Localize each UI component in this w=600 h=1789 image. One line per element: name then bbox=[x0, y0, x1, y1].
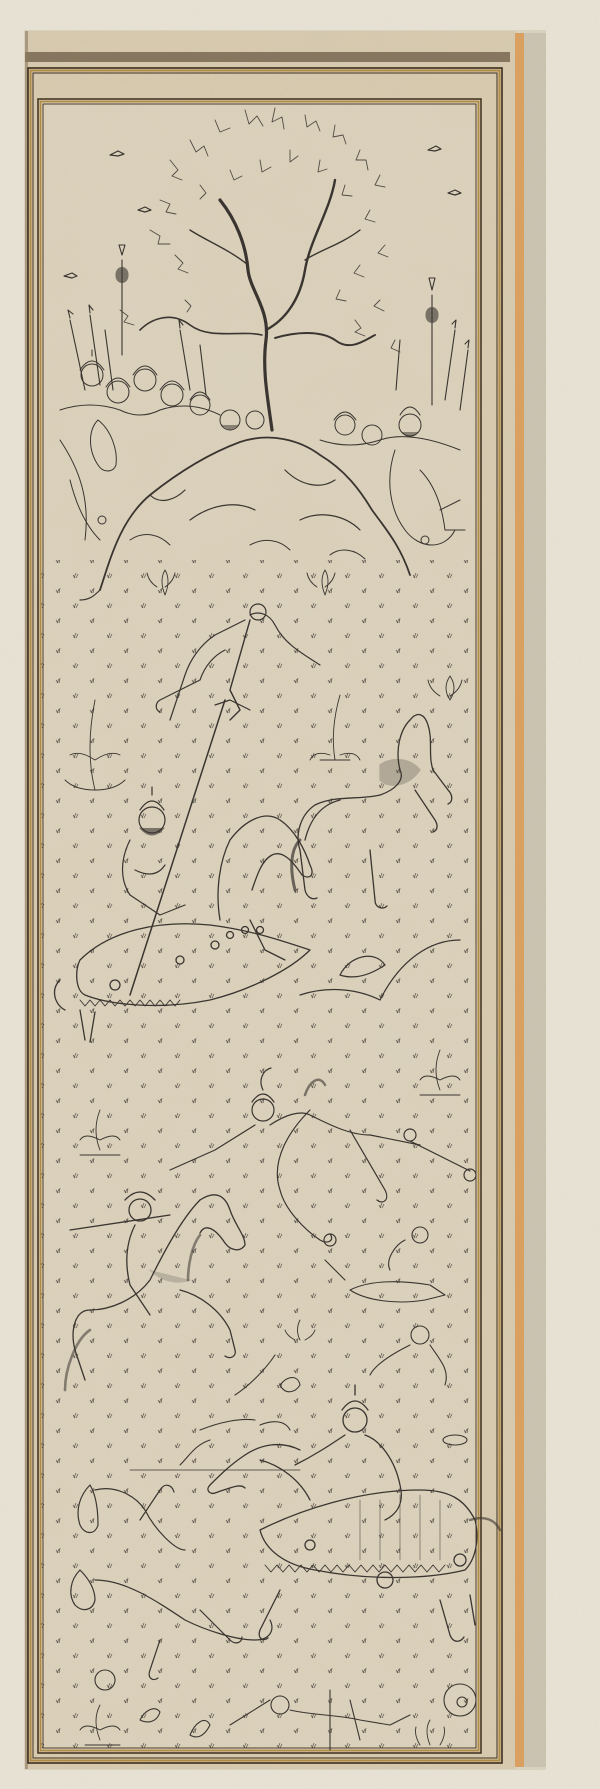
orange-margin-strip bbox=[514, 33, 524, 1767]
artwork-image: Battle scene beneath a tree on a rocky h… bbox=[0, 0, 600, 1789]
